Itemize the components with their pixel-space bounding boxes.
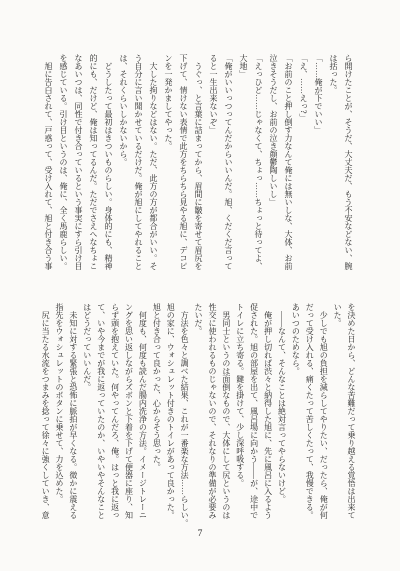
text-column: いた。	[330, 303, 344, 524]
text-column: う自分に言い聞かせているだけだ。俺が旭にしてやれること	[131, 54, 146, 272]
text-column: ――なんて、そんなことは絶対言ってやらないけど。	[275, 303, 289, 524]
text-column: 旭に告白されて、戸惑って、受け入れて、旭と付き合う事	[41, 54, 56, 272]
text-column: あいつのためなら。	[288, 303, 302, 524]
text-column: 性交に使われるものじゃないので、それなりの準備が必要み	[205, 303, 219, 524]
text-column: 方法を色々と調べた結果、これが一番楽な方法……らしい。	[177, 303, 191, 524]
text-column: 何度も、何度も読んだ腸内洗浄の方法。イメージトレーニ	[136, 303, 150, 524]
text-column: 「……俺が下でいい」	[311, 54, 326, 272]
top-text-block: ら開けたことが、そうだ、大丈夫だ、もう不安などない、腕は括った。「……俺が下でい…	[41, 54, 356, 272]
text-column: 的にも、だけど、俺は知ってるんだ。ただでさえへなちょこ	[86, 54, 101, 272]
text-column: ると一生出来ないぞ」	[206, 54, 221, 272]
text-column: どうしたって最初はきついものらしい。身体的にも、精神	[101, 54, 116, 272]
text-column: は、それくらいしかないから。	[116, 54, 131, 272]
text-column: 少しでも旭の負担を減らしてやりたい、だったら、俺が何	[316, 303, 330, 524]
page-number: 7	[0, 529, 400, 539]
text-column: ングを思い返しながらズボンと下着を下げて便器に座り、知	[122, 303, 136, 524]
text-column: 「えっひど……じゃなくて、ちょっ……ちょっと待ってよ、	[251, 54, 266, 272]
text-column: 下げて、情けない表情で此方をちらちら見やる旭に、デコピ	[176, 54, 191, 272]
text-column: 「え、……えっ?」	[296, 54, 311, 272]
scanned-page: ら開けたことが、そうだ、大丈夫だ、もう不安などない、腕は括った。「……俺が下でい…	[0, 0, 400, 571]
text-column: 指先をウォシュレットのボタンに乗せて、力を込めた。	[52, 303, 66, 524]
text-column: はどうだっていいんだ。	[80, 303, 94, 524]
text-column: 大した拘りなどはない。ただ、此方の方が都合がいい。そ	[146, 54, 161, 272]
text-column: 「お前のこと押し倒す力なんて俺には無いしな、大体、お前	[281, 54, 296, 272]
text-column: だって受け入れる、痛くたって苦しくたって、我慢できる。	[302, 303, 316, 524]
text-column: 俺が押し切れば渋々と納得した旭に、先に風呂に入るよう	[261, 303, 275, 524]
text-column: ンを一発かましてやった。	[161, 54, 176, 272]
text-column: うぐっ、と言葉に詰まってから、眉間に皺を寄せて眉尻を	[191, 54, 206, 272]
text-column: ら開けたことが、そうだ、大丈夫だ、もう不安などない、腕	[341, 54, 356, 272]
text-column: 促された。旭の部屋を出て、風呂場に向かう――が、途中で	[247, 303, 261, 524]
text-column: 「俺がいいっつってんだからいいんだ。旭、くだくだ言って	[221, 54, 236, 272]
text-column: は括った。	[326, 54, 341, 272]
text-column: を感じている。引け目というのは、俺に、全く馬鹿らしい。	[56, 54, 71, 272]
text-column: 泣きそうだし、お前の泣き顔鬱陶しいし」	[266, 54, 281, 272]
text-column: 男同士というのは面倒なもので、大体にして尻というのは	[219, 303, 233, 524]
text-column: 旭の家に、ウォシュレット付きのトイレがあって良かった。	[163, 303, 177, 524]
text-column: 尻に当たる水流をつまみを捻って徐々に強くしていき、意	[38, 303, 52, 524]
text-column: 大地」	[236, 54, 251, 272]
bottom-text-block: を決めた日から、どんな苦難だって乗り越える覚悟は出来ていた。 少しでも旭の負担を…	[38, 303, 358, 524]
text-column: を決めた日から、どんな苦難だって乗り越える覚悟は出来て	[344, 303, 358, 524]
text-column: らず頭を抱えていた。何やってんだろ、俺。はっと我に返っ	[108, 303, 122, 524]
text-column: なあいつは、同性で付き合っているという事実にすら引け目	[71, 54, 86, 272]
text-column: 未知に対する緊張と恐怖に脈拍が早くなる。微かに震える	[66, 303, 80, 524]
text-column: て、いや今までが我に返っていたのか、いやいやそんなこと	[94, 303, 108, 524]
text-column: たいだ。	[191, 303, 205, 524]
text-column: トイレに立ち寄る。鍵を掛けて、少し深呼吸する。	[233, 303, 247, 524]
text-column: 旭と付き合って良かった、心からそう思った。	[149, 303, 163, 524]
